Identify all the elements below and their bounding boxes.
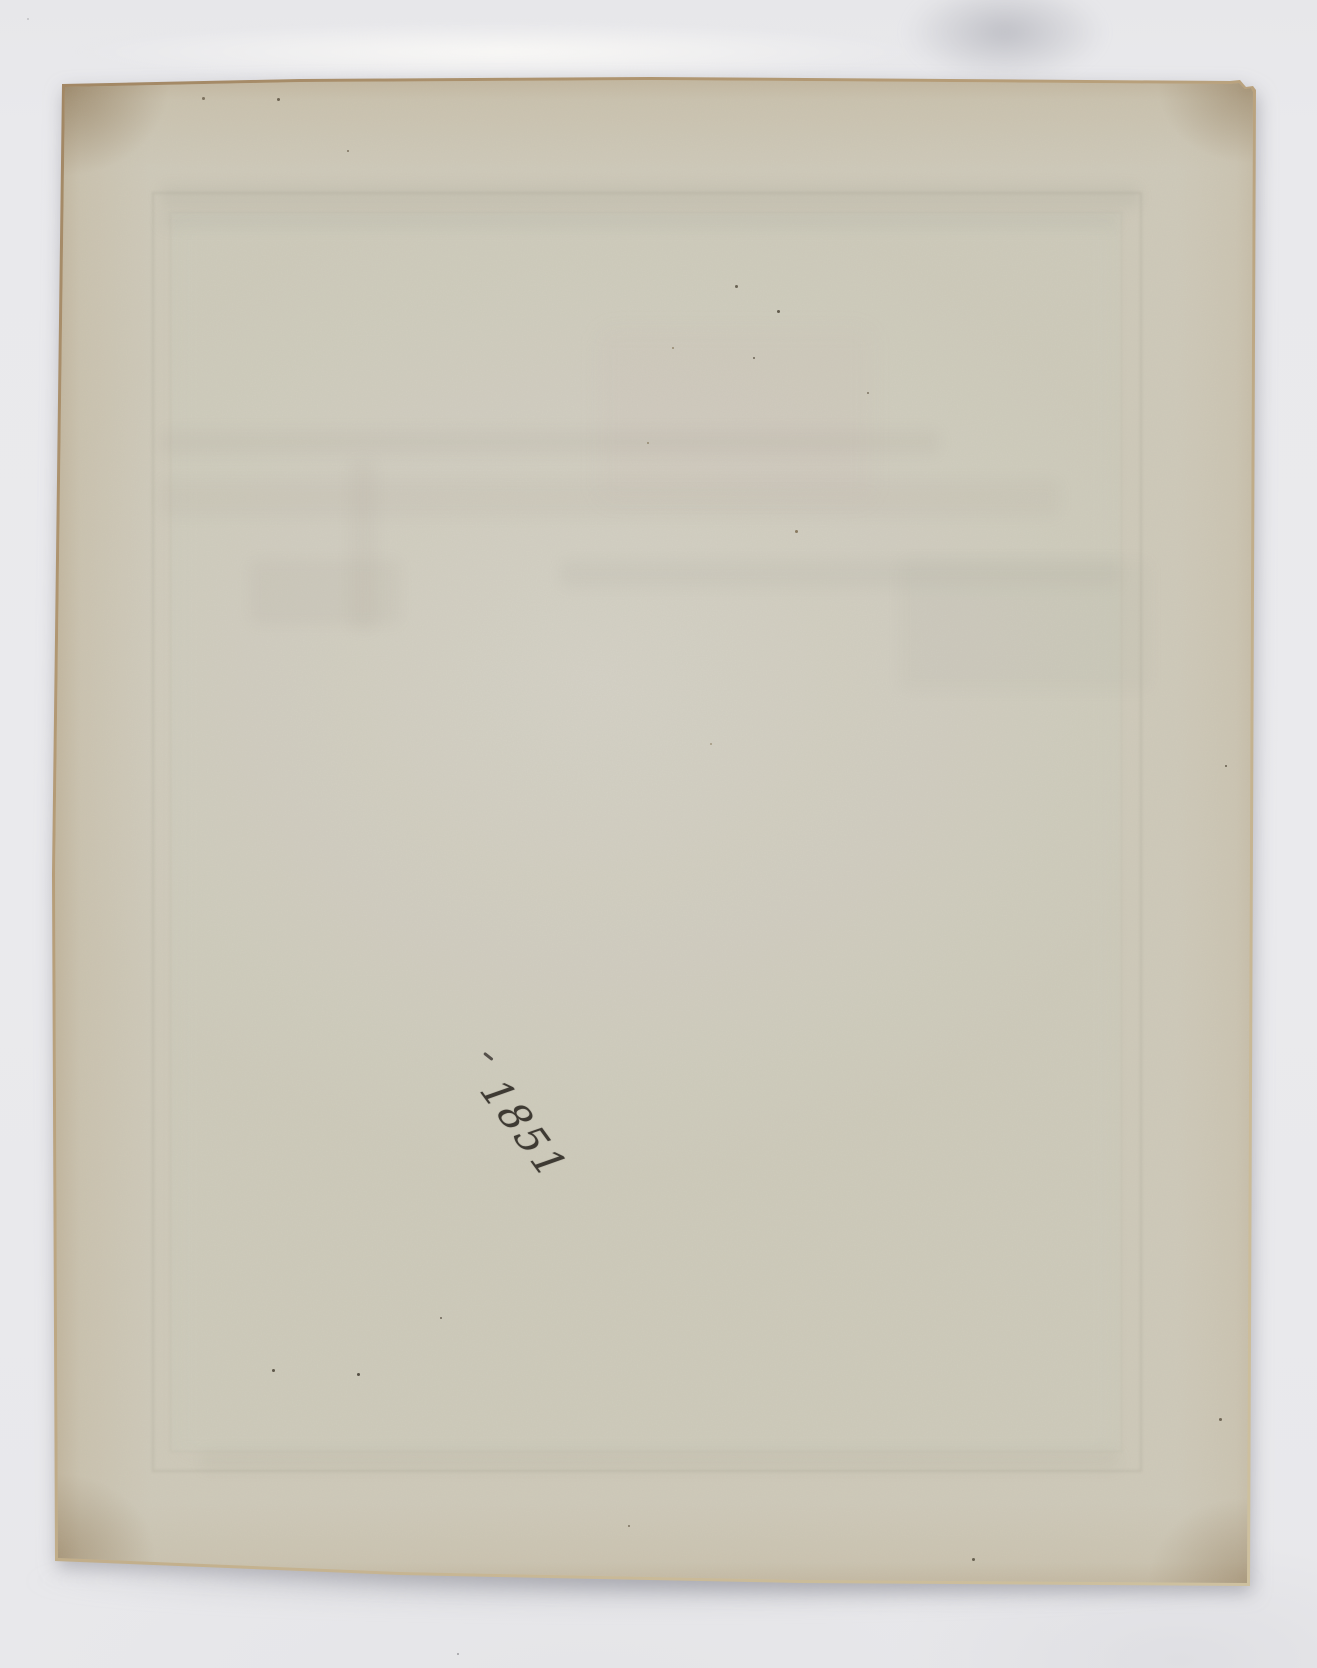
foxing-speck <box>347 150 349 152</box>
foxing-speck <box>1225 765 1227 767</box>
foxing-speck <box>647 442 649 444</box>
foxing-speck <box>710 743 712 745</box>
foxing-speck <box>277 98 280 101</box>
foxing-speck <box>753 357 755 359</box>
foxing-speck <box>867 392 869 394</box>
foxing-speck <box>1219 1418 1222 1421</box>
foxing-speck <box>202 97 205 100</box>
foxing-specks-layer <box>0 0 1317 1668</box>
foxing-speck <box>457 1653 459 1655</box>
foxing-speck <box>672 347 674 349</box>
foxing-speck <box>972 1558 975 1561</box>
foxing-speck <box>357 1373 360 1376</box>
photo-backdrop: 1851 <box>0 0 1317 1668</box>
foxing-speck <box>27 18 29 20</box>
foxing-speck <box>628 1525 630 1527</box>
foxing-speck <box>795 530 798 533</box>
foxing-speck <box>440 1317 442 1319</box>
foxing-speck <box>272 1369 275 1372</box>
foxing-speck <box>777 310 780 313</box>
foxing-speck <box>735 285 738 288</box>
